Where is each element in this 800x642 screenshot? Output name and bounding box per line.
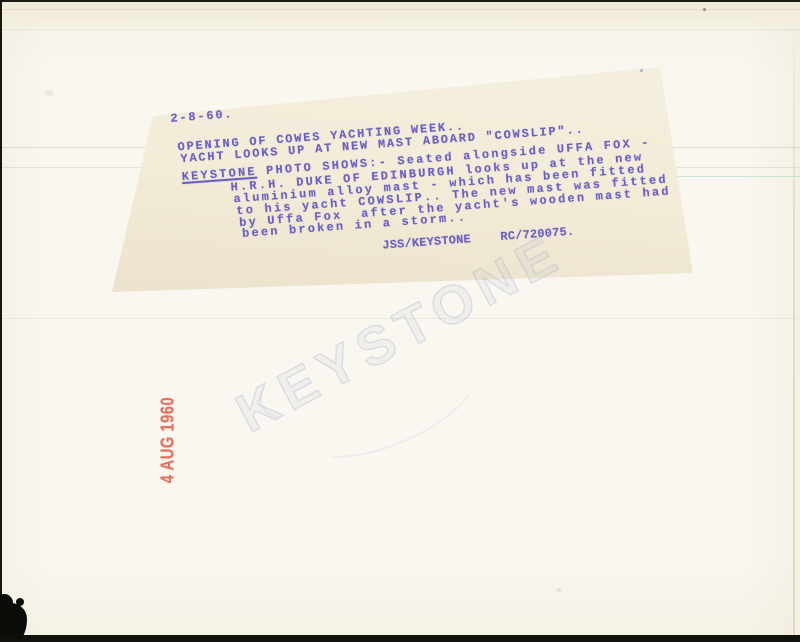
- paper-background: KEYSTONE 2-8-60. OPENING OF COWES YACHTI…: [0, 0, 800, 642]
- crease-line: [0, 29, 800, 30]
- stain-mark: [44, 90, 54, 96]
- photo-verso-scan: { "scan": { "caption_slip": { "date_line…: [0, 0, 800, 642]
- torn-corner-blob: [16, 598, 24, 606]
- paper-warm-band-bottom: [0, 560, 800, 642]
- caption-signature-line: JSS/KEYSTONE RC/720075.: [382, 226, 575, 252]
- paper-edge-right-line: [793, 40, 795, 640]
- scan-edge-bottom: [0, 635, 800, 642]
- stain-mark: [556, 588, 562, 592]
- red-date-stamp: 4 AUG 1960: [157, 397, 178, 483]
- paper-cream-band-top: [0, 0, 800, 29]
- scan-edge-top: [0, 0, 800, 2]
- crease-line: [0, 9, 800, 10]
- torn-corner-blob: [0, 594, 13, 612]
- dust-speck: [703, 8, 706, 11]
- scan-edge-left: [0, 0, 2, 642]
- caption-date-line: 2-8-60.: [170, 108, 234, 125]
- dust-speck: [640, 69, 643, 72]
